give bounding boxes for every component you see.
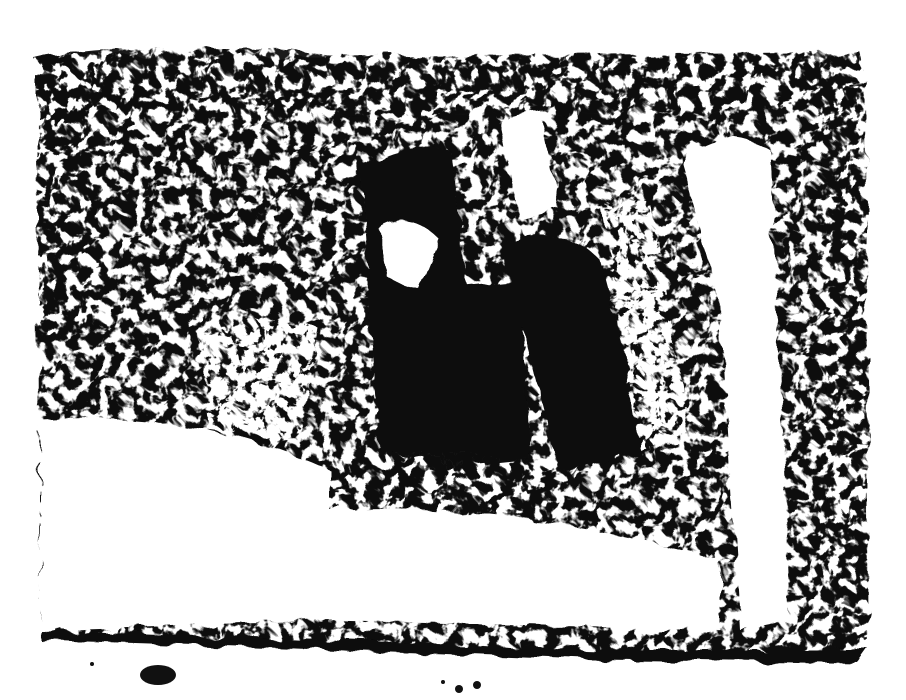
monotype-print	[0, 0, 906, 700]
